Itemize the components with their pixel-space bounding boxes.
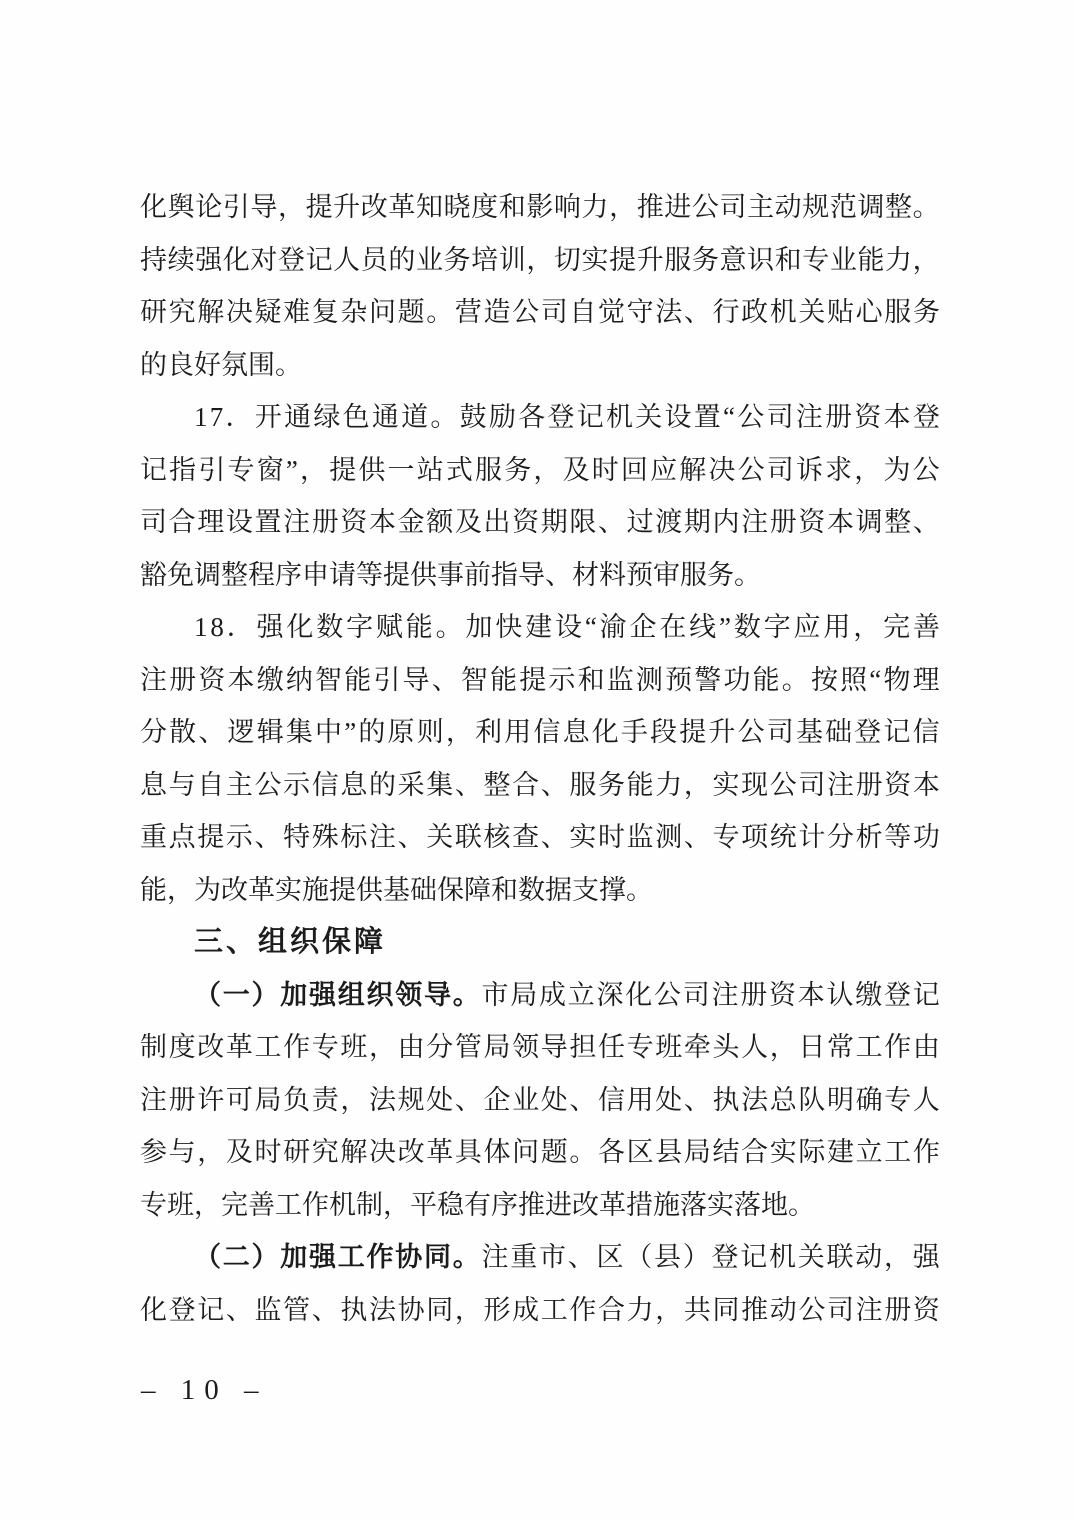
text-line: （一）加强组织领导。市局成立深化公司注册资本认缴登记 — [140, 969, 940, 1022]
text-line: 制度改革工作专班，由分管局领导担任专班牵头人，日常工作由 — [140, 1021, 940, 1074]
text-line: 重点提示、特殊标注、关联核查、实时监测、专项统计分析等功 — [140, 811, 940, 864]
page-number: – 10 – — [141, 1372, 268, 1408]
paragraph: 化舆论引导，提升改革知晓度和影响力，推进公司主动规范调整。持续强化对登记人员的业… — [140, 181, 940, 391]
text-line: 注册许可局负责，法规处、企业处、信用处、执法总队明确专人 — [140, 1074, 940, 1127]
text-line: 的良好氛围。 — [140, 339, 940, 392]
text-line: 能，为改革实施提供基础保障和数据支撑。 — [140, 864, 940, 917]
text-line: 持续强化对登记人员的业务培训，切实提升服务意识和专业能力， — [140, 234, 940, 287]
text-line: （二）加强工作协同。注重市、区（县）登记机关联动，强 — [140, 1231, 940, 1284]
text-line: 分散、逻辑集中”的原则，利用信息化手段提升公司基础登记信 — [140, 706, 940, 759]
text-line: 司合理设置注册资本金额及出资期限、过渡期内注册资本调整、 — [140, 496, 940, 549]
document-body: 化舆论引导，提升改革知晓度和影响力，推进公司主动规范调整。持续强化对登记人员的业… — [140, 181, 940, 1336]
paragraph: （一）加强组织领导。市局成立深化公司注册资本认缴登记制度改革工作专班，由分管局领… — [140, 969, 940, 1232]
text-line: 18．强化数字赋能。加快建设“渝企在线”数字应用，完善 — [140, 601, 940, 654]
section-heading: 三、组织保障 — [140, 916, 940, 969]
paragraph: 17．开通绿色通道。鼓励各登记机关设置“公司注册资本登记指引专窗”，提供一站式服… — [140, 391, 940, 601]
text-line: 专班，完善工作机制，平稳有序推进改革措施落实落地。 — [140, 1179, 940, 1232]
document-page: 化舆论引导，提升改革知晓度和影响力，推进公司主动规范调整。持续强化对登记人员的业… — [0, 0, 1074, 1520]
text-line: 豁免调整程序申请等提供事前指导、材料预审服务。 — [140, 549, 940, 602]
text-line: 记指引专窗”，提供一站式服务，及时回应解决公司诉求，为公 — [140, 444, 940, 497]
text-line: 参与，及时研究解决改革具体问题。各区县局结合实际建立工作 — [140, 1126, 940, 1179]
text-line: 三、组织保障 — [140, 916, 940, 969]
text-line: 化舆论引导，提升改革知晓度和影响力，推进公司主动规范调整。 — [140, 181, 940, 234]
text-line: 注册资本缴纳智能引导、智能提示和监测预警功能。按照“物理 — [140, 654, 940, 707]
text-line: 化登记、监管、执法协同，形成工作合力，共同推动公司注册资 — [140, 1284, 940, 1337]
text-line: 研究解决疑难复杂问题。营造公司自觉守法、行政机关贴心服务 — [140, 286, 940, 339]
paragraph: （二）加强工作协同。注重市、区（县）登记机关联动，强化登记、监管、执法协同，形成… — [140, 1231, 940, 1336]
paragraph: 18．强化数字赋能。加快建设“渝企在线”数字应用，完善注册资本缴纳智能引导、智能… — [140, 601, 940, 916]
text-line: 息与自主公示信息的采集、整合、服务能力，实现公司注册资本 — [140, 759, 940, 812]
text-line: 17．开通绿色通道。鼓励各登记机关设置“公司注册资本登 — [140, 391, 940, 444]
